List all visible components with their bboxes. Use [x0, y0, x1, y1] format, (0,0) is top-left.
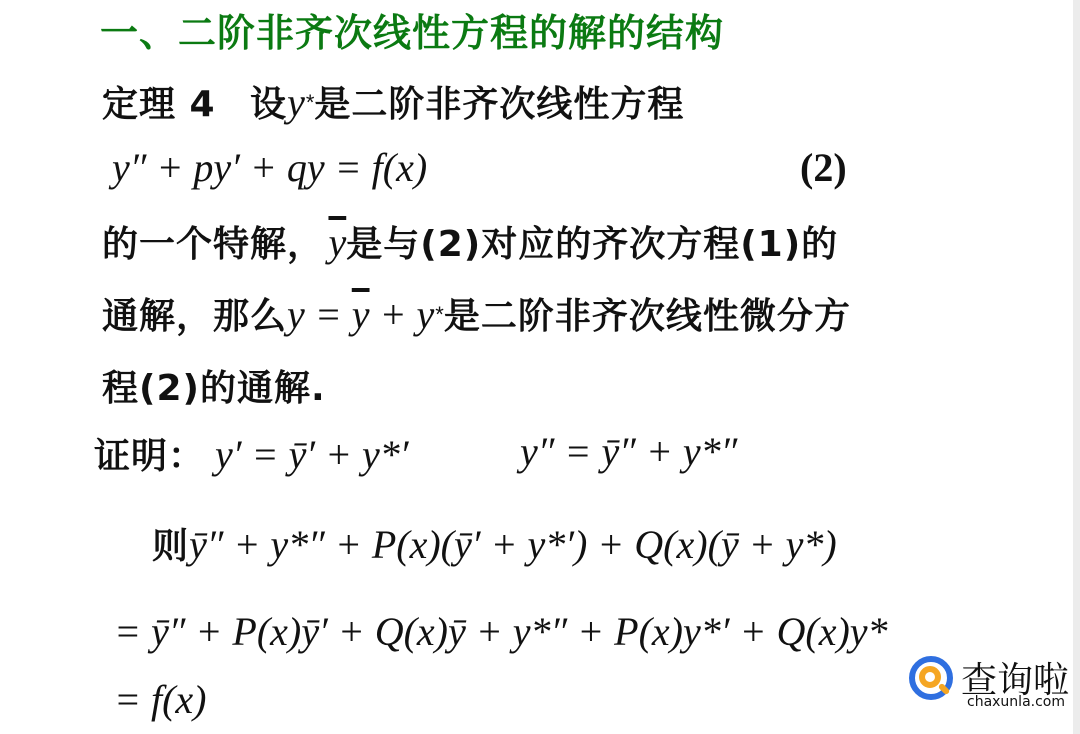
step-label: 则 — [152, 526, 189, 567]
text: 的一个特解， — [102, 224, 324, 265]
text: 是二阶非齐次线性微分方 — [444, 296, 851, 337]
proof-line-2: 则ȳ″ + y*″ + P(x)(ȳ′ + y*′) + Q(x)(ȳ + y*… — [152, 518, 837, 569]
proof-step1: ȳ″ + y*″ + P(x)(ȳ′ + y*′) + Q(x)(ȳ + y*) — [189, 522, 837, 567]
watermark-brand-en: chaxunla.com — [967, 694, 1065, 710]
theorem-intro: 设 — [250, 84, 287, 125]
proof-step3: = f(x) — [114, 676, 207, 723]
watermark-logo: 查询啦 chaxunla.com — [905, 650, 1075, 720]
theorem-line-3: 的一个特解， y是与(2)对应的齐次方程(1)的 — [102, 216, 838, 267]
theorem-intro-rest: 是二阶非齐次线性方程 — [314, 84, 684, 125]
text: 是与(2)对应的齐次方程(1)的 — [346, 224, 838, 265]
proof-label: 证明： — [94, 436, 205, 477]
formula: y = — [287, 292, 352, 337]
var-ybar: y — [352, 292, 370, 337]
equation-2: y″ + py′ + qy = f(x) — [112, 144, 427, 191]
theorem-line-5: 程(2)的通解. — [102, 360, 326, 411]
equation-number: (2) — [800, 144, 847, 191]
proof-step2: = ȳ″ + P(x)ȳ′ + Q(x)ȳ + y*″ + P(x)y*′ + … — [114, 608, 888, 655]
formula: + y — [370, 292, 435, 337]
section-title: 一、二阶非齐次线性方程的解的结构 — [100, 2, 724, 57]
magnifier-icon — [919, 666, 941, 688]
var-y: y — [287, 80, 305, 125]
theorem-line-1: 定理 4 设y*是二阶非齐次线性方程 — [102, 76, 684, 127]
var-ybar: y — [328, 220, 346, 265]
text: 通解，那么 — [102, 296, 287, 337]
proof-line-1: 证明：y′ = ȳ′ + y*′ — [94, 428, 409, 479]
right-edge-strip — [1073, 0, 1080, 734]
proof-eq1: y′ = ȳ′ + y*′ — [215, 432, 409, 477]
star-sup: * — [435, 302, 444, 327]
theorem-label: 定理 4 — [102, 84, 216, 125]
theorem-line-4: 通解，那么y = y + y*是二阶非齐次线性微分方 — [102, 288, 851, 339]
proof-eq2: y″ = ȳ″ + y*″ — [520, 428, 737, 475]
